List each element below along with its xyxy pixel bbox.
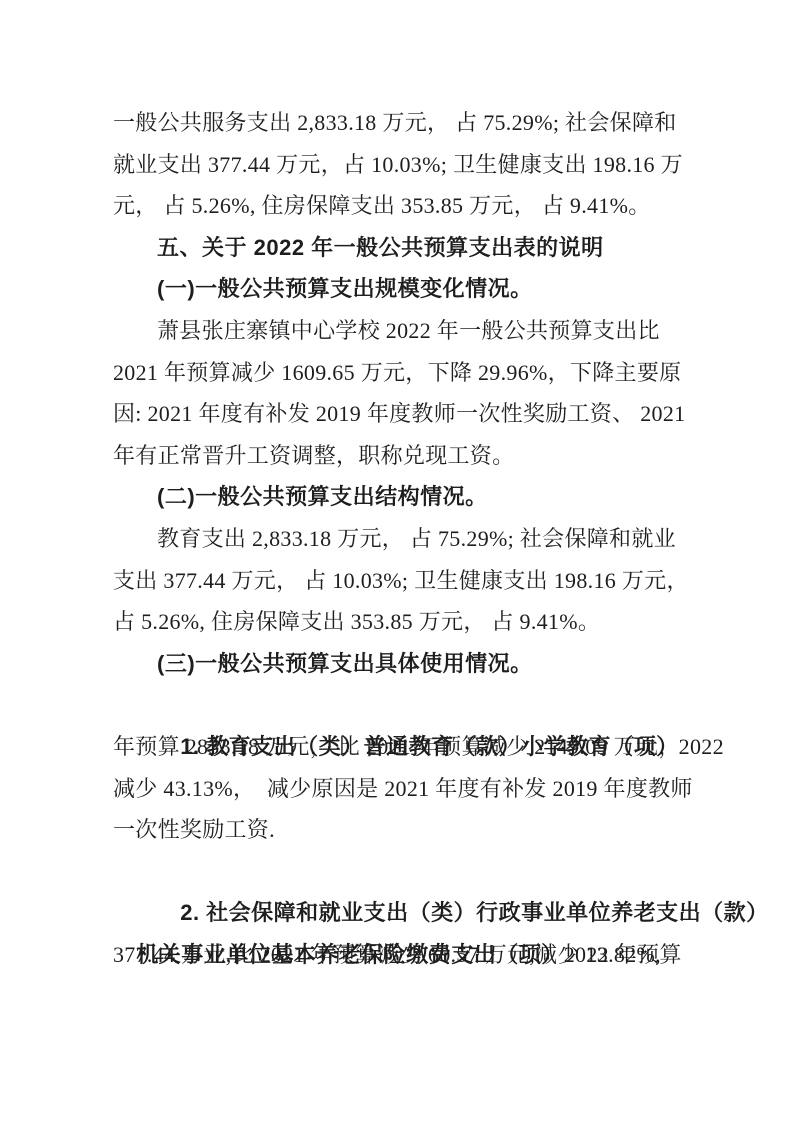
body-line: 减少 43.13%， 减少原因是 2021 年度有补发 2019 年度教师 bbox=[113, 768, 793, 810]
body-line: 支出 377.44 万元， 占 10.03%; 卫生健康支出 198.16 万元… bbox=[113, 560, 793, 602]
subsection-heading: (一)一般公共预算支出规模变化情况。 bbox=[113, 268, 793, 310]
subsection-heading: (三)一般公共预算支出具体使用情况。 bbox=[113, 643, 793, 685]
body-line: 因: 2021 年度有补发 2019 年度教师一次性奖励工资、 2021 bbox=[113, 393, 793, 435]
body-line: 年有正常晋升工资调整，职称兑现工资。 bbox=[113, 435, 793, 477]
body-line: 元， 占 5.26%, 住房保障支出 353.85 万元， 占 9.41%。 bbox=[113, 185, 793, 227]
document-page: 一般公共服务支出 2,833.18 万元， 占 75.29%; 社会保障和 就业… bbox=[0, 0, 793, 1122]
body-line: 教育支出 2,833.18 万元， 占 75.29%; 社会保障和就业 bbox=[113, 518, 793, 560]
body-line: 萧县张庄寨镇中心学校 2022 年一般公共预算支出比 bbox=[113, 310, 793, 352]
item-heading-line: 2. 社会保障和就业支出（类）行政事业单位养老支出（款） bbox=[113, 851, 793, 893]
subsection-heading: (二)一般公共预算支出结构情况。 bbox=[113, 476, 793, 518]
body-line: 就业支出 377.44 万元，占 10.03%; 卫生健康支出 198.16 万 bbox=[113, 144, 793, 186]
body-line: 占 5.26%, 住房保障支出 353.85 万元， 占 9.41%。 bbox=[113, 601, 793, 643]
item-heading-bold: 2. 社会保障和就业支出（类）行政事业单位养老支出（款） bbox=[180, 900, 768, 925]
body-line: 377.44 万元,比 2021 年预算减少 60.57 万元,减少 13.82… bbox=[113, 934, 793, 976]
item-heading-rest: 2022 bbox=[679, 734, 724, 759]
body-line: 一次性奖励工资. bbox=[113, 809, 793, 851]
item-heading-line: 1. 教育支出（类）普通教育（款）小学教育（项）2022 bbox=[113, 684, 793, 726]
body-line: 2021 年预算减少 1609.65 万元，下降 29.96%，下降主要原 bbox=[113, 352, 793, 394]
section-heading: 五、关于 2022 年一般公共预算支出表的说明 bbox=[113, 227, 793, 269]
body-line: 一般公共服务支出 2,833.18 万元， 占 75.29%; 社会保障和 bbox=[113, 102, 793, 144]
